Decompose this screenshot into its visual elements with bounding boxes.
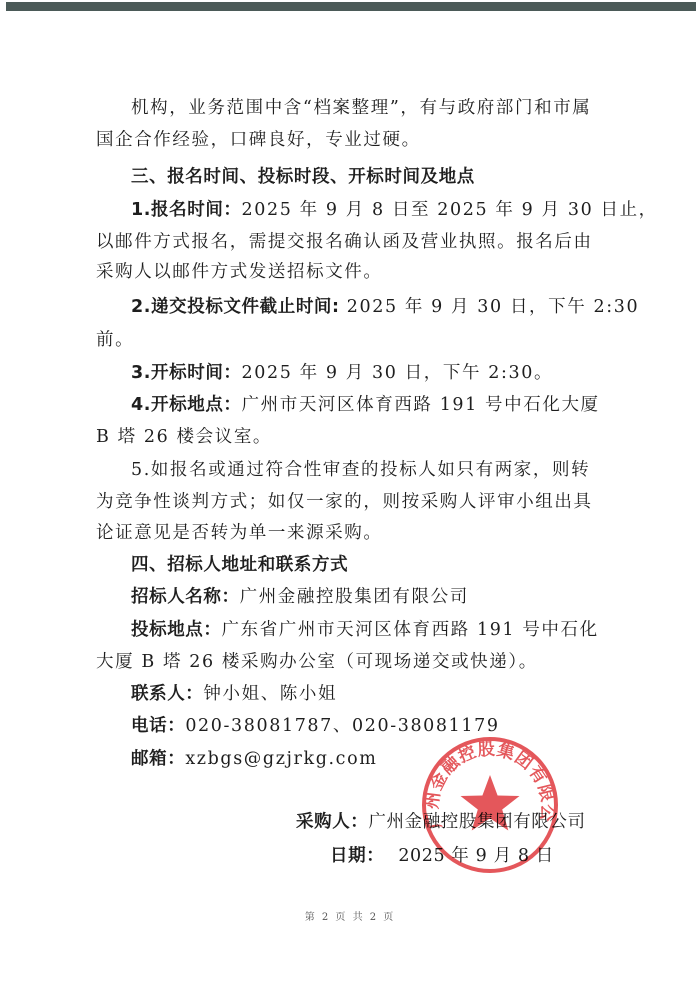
tenderer-name: 招标人名称：广州金融控股集团有限公司 [131, 585, 469, 609]
body-line: 大厦 B 塔 26 楼采购办公室（可现场递交或快递）。 [96, 650, 538, 674]
body-line: 以邮件方式报名，需提交报名确认函及营业执照。报名后由 [96, 230, 593, 254]
item-value: 2025 年 9 月 8 日至 2025 年 9 月 30 日止， [242, 200, 658, 220]
item-label: 4.开标地点： [131, 395, 242, 415]
item-label: 1.报名时间： [131, 200, 242, 220]
item-value: 广州市天河区体育西路 191 号中石化大厦 [242, 395, 600, 415]
field-label: 投标地点： [131, 620, 222, 640]
field-label: 招标人名称： [131, 587, 240, 607]
item-label: 3.开标时间： [131, 363, 242, 383]
body-line: 为竞争性谈判方式；如仅一家的，则按采购人评审小组出具 [96, 490, 593, 514]
field-value: 广东省广州市天河区体育西路 191 号中石化 [222, 620, 599, 640]
field-label: 联系人： [131, 684, 203, 704]
field-value: 钟小姐、陈小姐 [203, 684, 337, 704]
field-label: 采购人： [296, 812, 368, 832]
section-heading-3: 三、报名时间、投标时段、开标时间及地点 [131, 165, 475, 189]
top-scan-border [6, 2, 696, 11]
field-value: 广州金融控股集团有限公司 [240, 587, 469, 607]
email-link[interactable]: xzbgs@gzjrkg.com [185, 749, 377, 769]
star-icon [461, 775, 520, 831]
section-heading-4: 四、招标人地址和联系方式 [131, 553, 348, 577]
body-line: B 塔 26 楼会议室。 [96, 425, 272, 449]
item-label: 2.递交投标文件截止时间: [131, 297, 340, 317]
field-label: 邮箱： [131, 749, 185, 769]
item-value: 2025 年 9 月 30 日，下午 2:30 [340, 297, 640, 317]
item-value: 2025 年 9 月 30 日，下午 2:30。 [242, 363, 554, 383]
contact-person: 联系人：钟小姐、陈小姐 [131, 682, 337, 706]
item-opening-time: 3.开标时间：2025 年 9 月 30 日，下午 2:30。 [131, 361, 553, 385]
item-submission-deadline: 2.递交投标文件截止时间: 2025 年 9 月 30 日，下午 2:30 [131, 295, 639, 319]
field-value: 020-38081787、020-38081179 [185, 716, 499, 736]
body-line: 论证意见是否转为单一来源采购。 [96, 521, 383, 545]
field-label: 电话： [131, 716, 185, 736]
item-registration-time: 1.报名时间：2025 年 9 月 8 日至 2025 年 9 月 30 日止， [131, 198, 658, 222]
body-line: 前。 [96, 328, 134, 352]
bid-location: 投标地点：广东省广州市天河区体育西路 191 号中石化 [131, 618, 599, 642]
body-line: 采购人以邮件方式发送招标文件。 [96, 260, 383, 284]
field-label: 日期： [330, 846, 384, 866]
item-opening-location: 4.开标地点：广州市天河区体育西路 191 号中石化大厦 [131, 393, 600, 417]
page-indicator: 第 2 页 共 2 页 [0, 908, 700, 923]
email: 邮箱：xzbgs@gzjrkg.com [131, 747, 377, 771]
item-note: 5.如报名或通过符合性审查的投标人如只有两家，则转 [131, 458, 590, 482]
body-line: 机构，业务范围中含“档案整理”，有与政府部门和市属 [131, 96, 591, 120]
body-line: 国企合作经验，口碑良好，专业过硬。 [96, 128, 421, 152]
company-seal-stamp: 广州金融控股集团有限公司 [420, 735, 560, 875]
